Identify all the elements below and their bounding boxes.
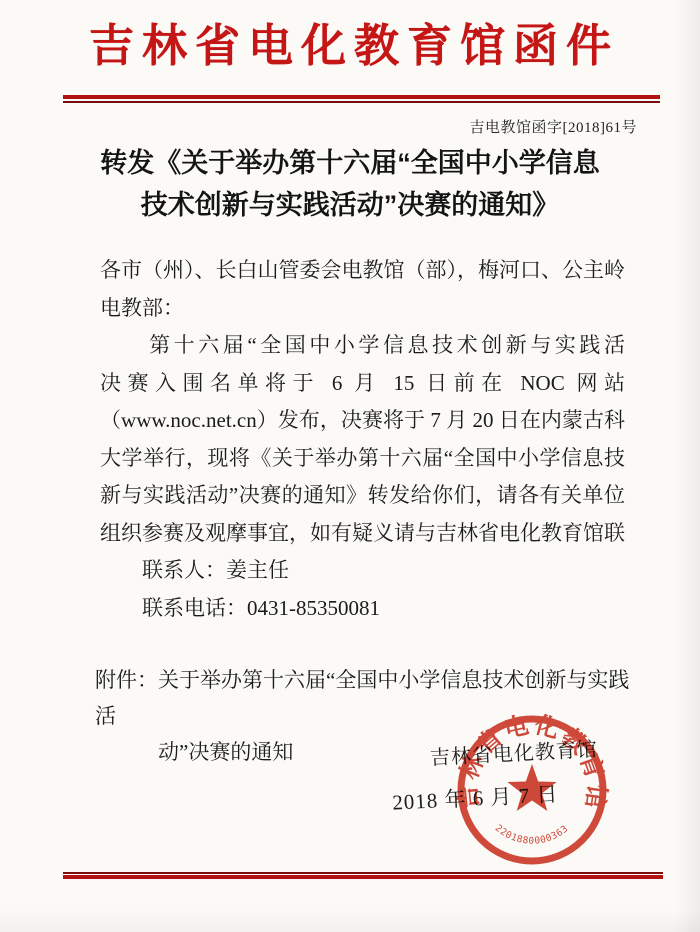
footer-divider-thin-line (63, 872, 663, 874)
body-line: 新与实践活动”决赛的通知》转发给你们，请各有关单位认真 (100, 477, 625, 515)
footer-divider-thick-line (63, 875, 663, 879)
letterhead-title: 吉林省电化教育馆函件 (0, 20, 700, 72)
header-divider-thick-line (63, 95, 660, 99)
seal-code: 2201880000363 (493, 823, 571, 847)
body-line: 决赛入围名单将于 6 月 15 日前在 NOC 网站 (100, 365, 625, 403)
body-line: 大学举行，现将《关于举办第十六届“全国中小学信息技术创 (100, 440, 625, 478)
body-line-salutation: 各市（州）、长白山管委会电教馆（部），梅河口、公主岭市 (100, 252, 625, 290)
document-title-line1: 转发《关于举办第十六届“全国中小学信息 (0, 142, 700, 184)
seal-graphic: 吉林省电化教育馆 2201880000363 (452, 710, 612, 870)
body-line: 第十六届“全国中小学信息技术创新与实践活动”（NOC） (100, 327, 625, 365)
header-divider-thin-line (63, 101, 660, 103)
official-seal: 吉林省电化教育馆 2201880000363 (452, 710, 612, 870)
contact-phone-line: 联系电话：0431-85350081 (100, 590, 625, 628)
body-line: 组织参赛及观摩事宜，如有疑义请与吉林省电化教育馆联系。 (100, 515, 625, 553)
document-title-line2: 技术创新与实践活动”决赛的通知》 (0, 184, 700, 226)
document-title: 转发《关于举办第十六届“全国中小学信息 技术创新与实践活动”决赛的通知》 (0, 142, 700, 226)
document-number: 吉电教馆函字[2018]61号 (0, 116, 637, 137)
body-line-salutation-2: 电教部： (100, 290, 625, 328)
body-text: 各市（州）、长白山管委会电教馆（部），梅河口、公主岭市 电教部： 第十六届“全国… (100, 252, 625, 627)
header-divider (63, 95, 660, 103)
footer-divider (63, 872, 663, 879)
seal-star-icon (507, 764, 556, 811)
contact-person-line: 联系人：姜主任 (100, 552, 625, 590)
scanned-letter-page: 吉林省电化教育馆函件 吉电教馆函字[2018]61号 转发《关于举办第十六届“全… (0, 0, 700, 932)
body-line: （www.noc.net.cn）发布，决赛将于 7 月 20 日在内蒙古科技 (100, 402, 625, 440)
